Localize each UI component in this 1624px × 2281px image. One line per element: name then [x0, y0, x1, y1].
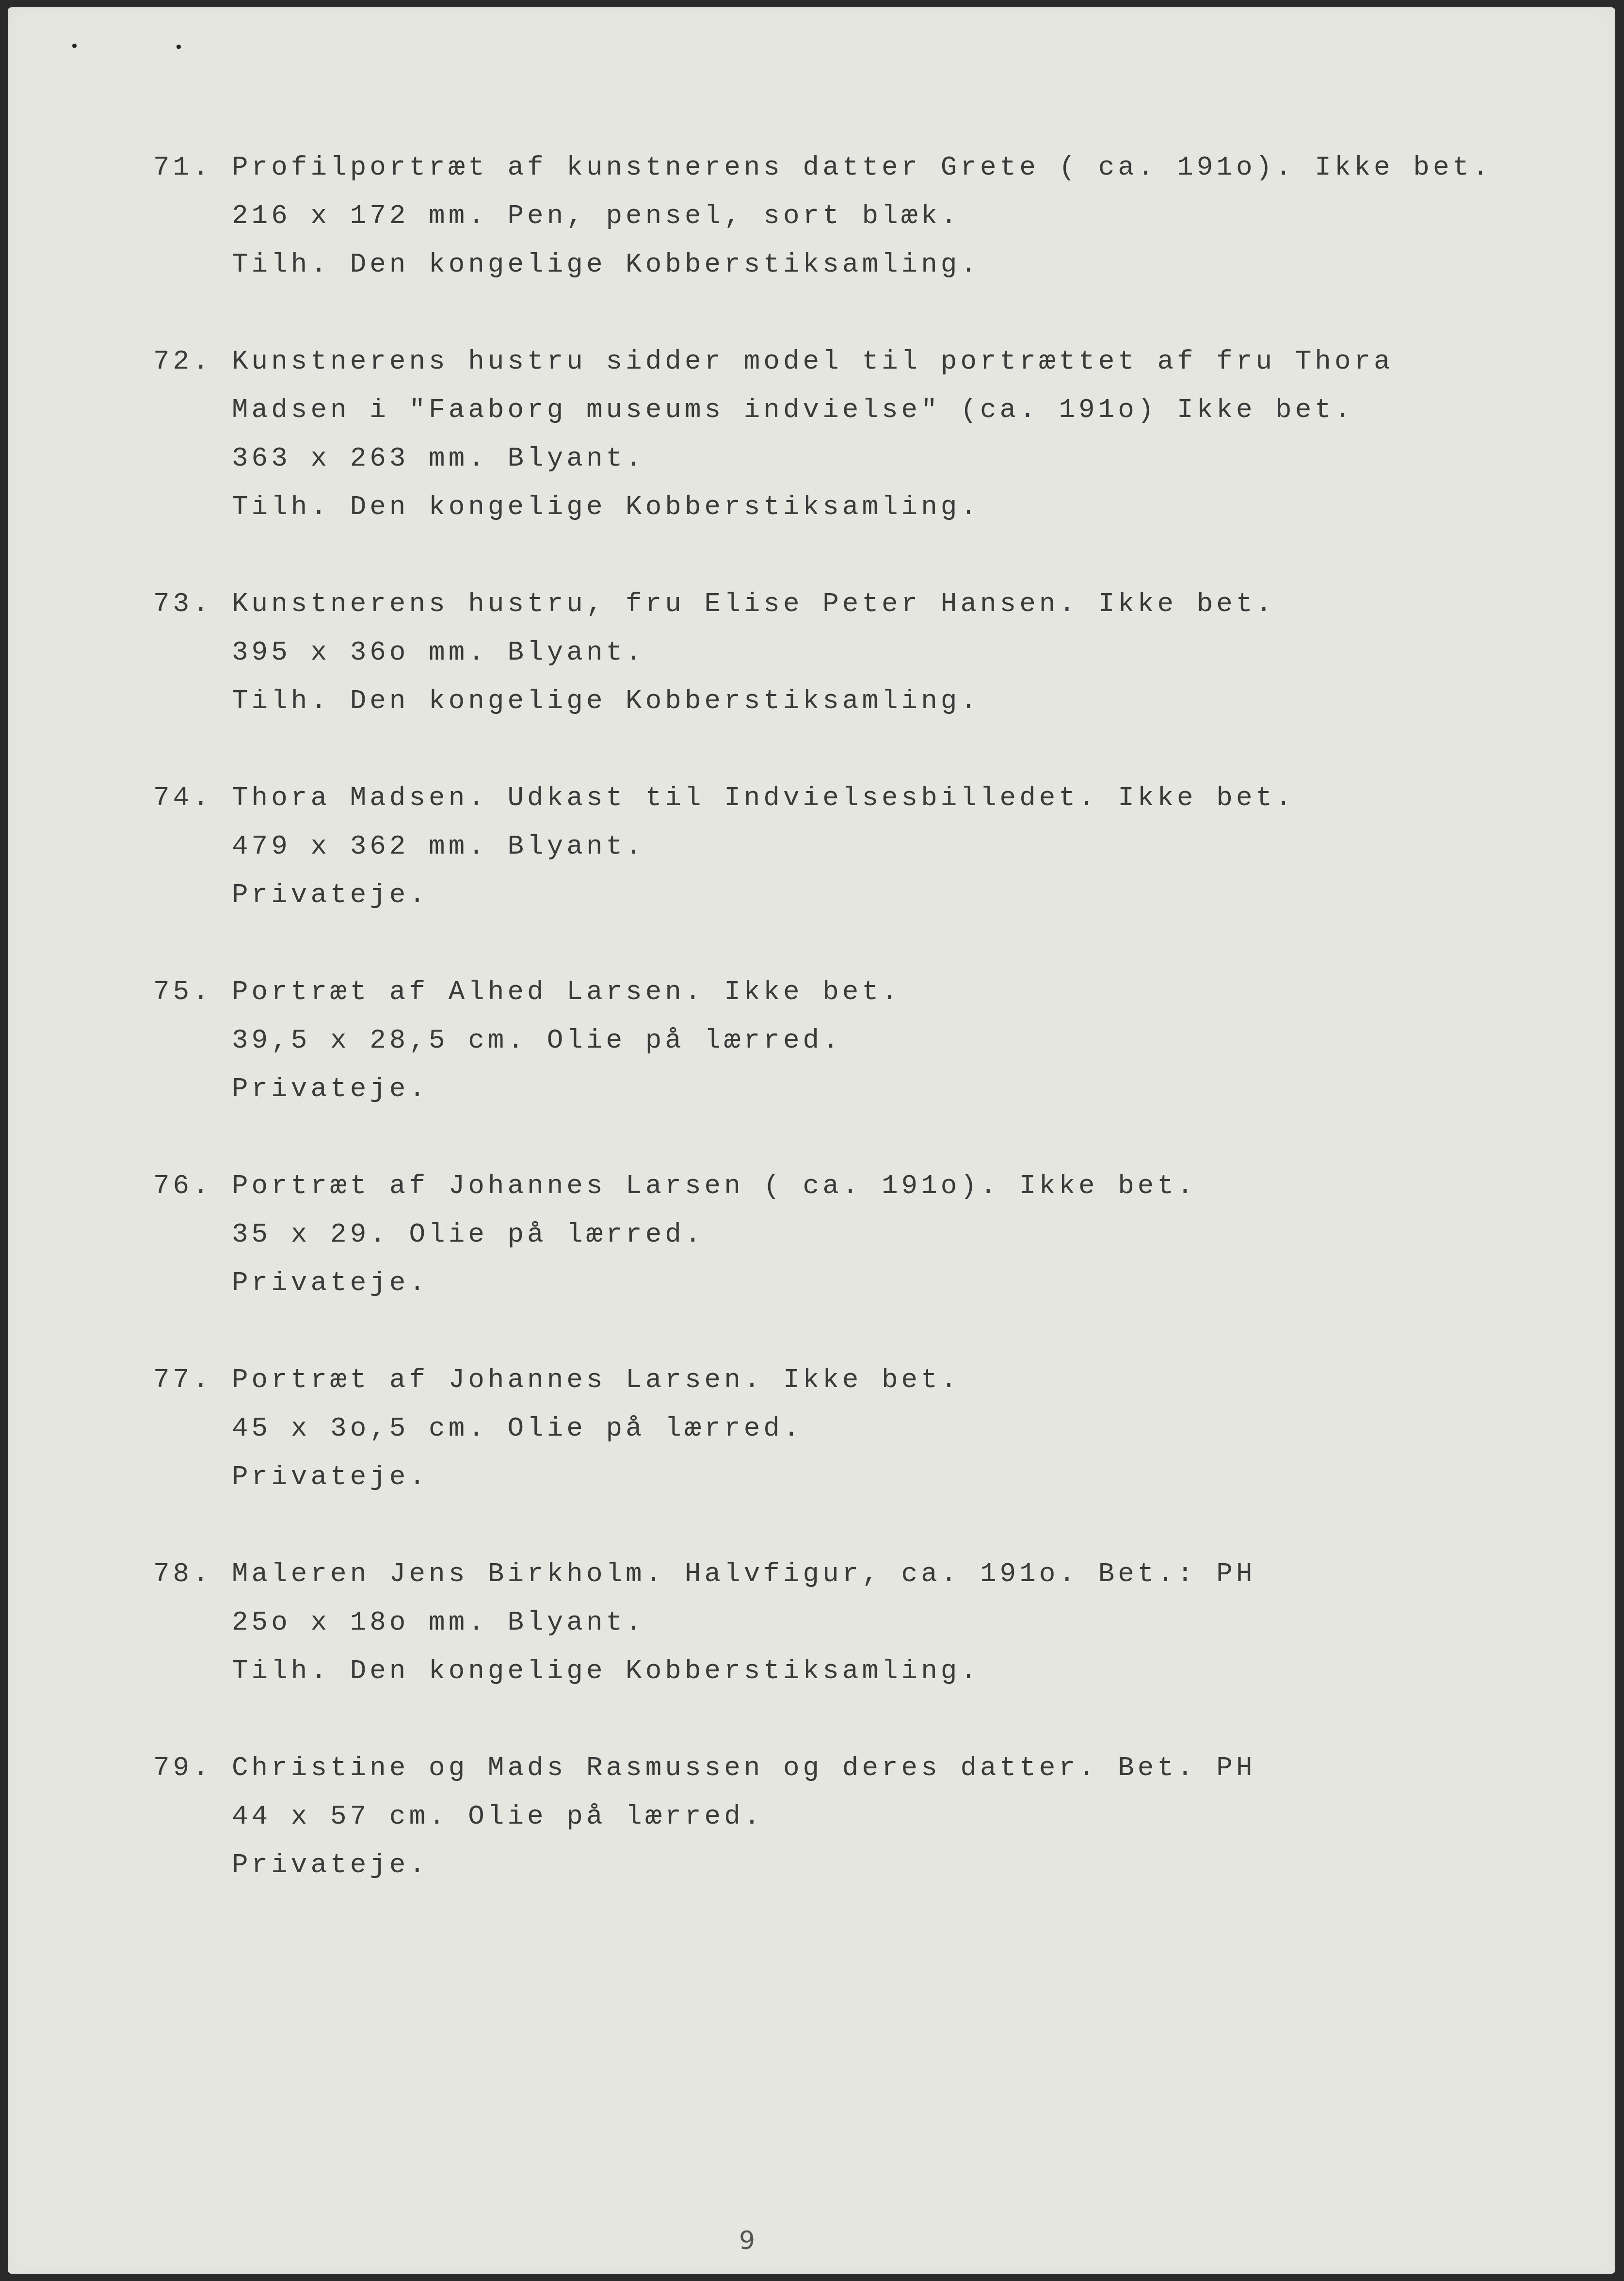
entry-dimensions: 39,5 x 28,5 cm. Olie på lærred.	[232, 1023, 842, 1057]
entry-owner: Privateje.	[232, 1848, 429, 1882]
entry-title: Portræt af Alhed Larsen. Ikke bet.	[232, 975, 901, 1009]
entry-owner: Tilh. Den kongelige Kobberstiksamling.	[232, 684, 980, 718]
entry-number: 75.	[153, 975, 212, 1009]
entry-title-continued: Madsen i "Faaborg museums indvielse" (ca…	[232, 393, 1354, 427]
entry-title: Kunstnerens hustru, fru Elise Peter Hans…	[232, 587, 1275, 621]
entry-number: 73.	[153, 587, 212, 621]
entry-owner: Privateje.	[232, 1266, 429, 1300]
page-number: 9	[739, 2226, 755, 2255]
entry-title: Maleren Jens Birkholm. Halvfigur, ca. 19…	[232, 1557, 1255, 1591]
entry-number: 79.	[153, 1751, 212, 1785]
entry-owner: Privateje.	[232, 1460, 429, 1494]
entry-title: Portræt af Johannes Larsen. Ikke bet.	[232, 1363, 960, 1397]
entry-number: 74.	[153, 781, 212, 815]
punch-mark	[177, 45, 181, 49]
entry-number: 71.	[153, 150, 212, 184]
entry-title: Profilportræt af kunstnerens datter Gret…	[232, 150, 1492, 184]
entry-dimensions: 395 x 36o mm. Blyant.	[232, 635, 645, 669]
entry-dimensions: 479 x 362 mm. Blyant.	[232, 829, 645, 863]
entry-dimensions: 216 x 172 mm. Pen, pensel, sort blæk.	[232, 199, 960, 233]
entry-title: Portræt af Johannes Larsen ( ca. 191o). …	[232, 1169, 1197, 1203]
entry-dimensions: 45 x 3o,5 cm. Olie på lærred.	[232, 1411, 803, 1445]
punch-mark	[72, 44, 77, 48]
entry-dimensions: 35 x 29. Olie på lærred.	[232, 1217, 705, 1251]
entry-dimensions: 44 x 57 cm. Olie på lærred.	[232, 1799, 763, 1833]
entry-title: Thora Madsen. Udkast til Indvielsesbille…	[232, 781, 1295, 815]
entry-number: 77.	[153, 1363, 212, 1397]
entry-number: 72.	[153, 344, 212, 378]
document-page: 71. Profilportræt af kunstnerens datter …	[8, 7, 1615, 2274]
entry-owner: Privateje.	[232, 878, 429, 912]
entry-title: Christine og Mads Rasmussen og deres dat…	[232, 1751, 1255, 1785]
entry-owner: Tilh. Den kongelige Kobberstiksamling.	[232, 1654, 980, 1688]
entry-owner: Privateje.	[232, 1072, 429, 1106]
entry-owner: Tilh. Den kongelige Kobberstiksamling.	[232, 247, 980, 281]
entry-title: Kunstnerens hustru sidder model til port…	[232, 344, 1394, 378]
entry-owner: Tilh. Den kongelige Kobberstiksamling.	[232, 490, 980, 524]
entry-dimensions: 363 x 263 mm. Blyant.	[232, 441, 645, 475]
entry-number: 78.	[153, 1557, 212, 1591]
entry-dimensions: 25o x 18o mm. Blyant.	[232, 1605, 645, 1639]
entry-number: 76.	[153, 1169, 212, 1203]
